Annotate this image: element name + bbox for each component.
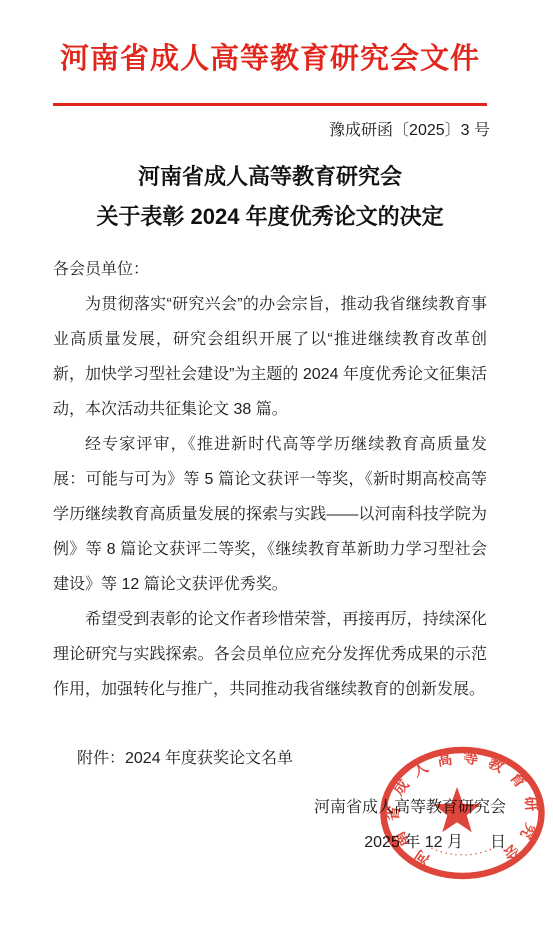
body-paragraph-2: 经专家评审，《推进新时代高等学历继续教育高质量发展：可能与可为》等 5 篇论文获… bbox=[53, 427, 487, 602]
title-line-1: 河南省成人高等教育研究会 bbox=[53, 157, 487, 197]
document-number: 豫成研函〔2025〕3 号 bbox=[53, 121, 490, 140]
date-prefix: 2025 年 12 月 bbox=[364, 834, 463, 851]
signature-org: 河南省成人高等教育研究会 bbox=[53, 790, 506, 825]
salutation: 各会员单位： bbox=[53, 252, 487, 287]
body-paragraph-3: 希望受到表彰的论文作者珍惜荣誉，再接再厉，持续深化理论研究与实践探索。各会员单位… bbox=[53, 602, 487, 707]
document-title: 河南省成人高等教育研究会 关于表彰 2024 年度优秀论文的决定 bbox=[53, 157, 487, 237]
red-divider-line bbox=[53, 103, 487, 106]
red-header-title: 河南省成人高等教育研究会文件 bbox=[53, 42, 487, 76]
body-paragraph-1: 为贯彻落实“研究兴会”的办会宗旨，推动我省继续教育事业高质量发展，研究会组织开展… bbox=[53, 287, 487, 427]
document-page: 河南省成人高等教育研究会文件 豫成研函〔2025〕3 号 河南省成人高等教育研究… bbox=[0, 0, 553, 926]
signature-block: 河南省成人高等教育研究会 2025 年 12 月日 bbox=[53, 790, 506, 860]
attachment-note: 附件：2024 年度获奖论文名单 bbox=[53, 741, 487, 776]
date-suffix: 日 bbox=[490, 834, 506, 851]
signature-date: 2025 年 12 月日 bbox=[53, 825, 506, 860]
title-line-2: 关于表彰 2024 年度优秀论文的决定 bbox=[53, 197, 487, 237]
